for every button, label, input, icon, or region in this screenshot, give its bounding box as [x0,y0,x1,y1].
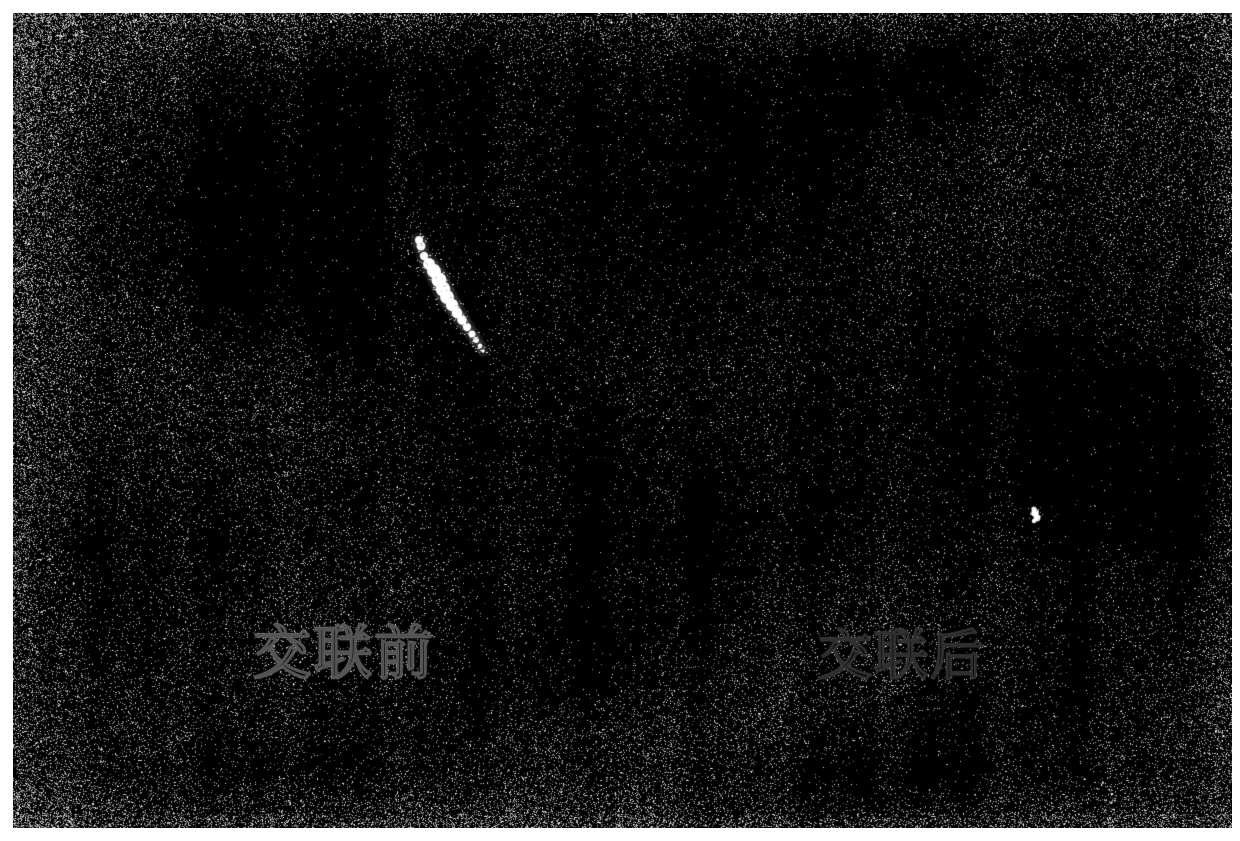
photo: 交联前 交联后 [13,13,1232,828]
photo-noise-texture [13,13,1232,828]
figure-page: 交联前 交联后 [0,0,1240,841]
label-before-crosslinking: 交联前 [253,625,436,683]
label-after-crosslinking: 交联后 [818,629,986,683]
